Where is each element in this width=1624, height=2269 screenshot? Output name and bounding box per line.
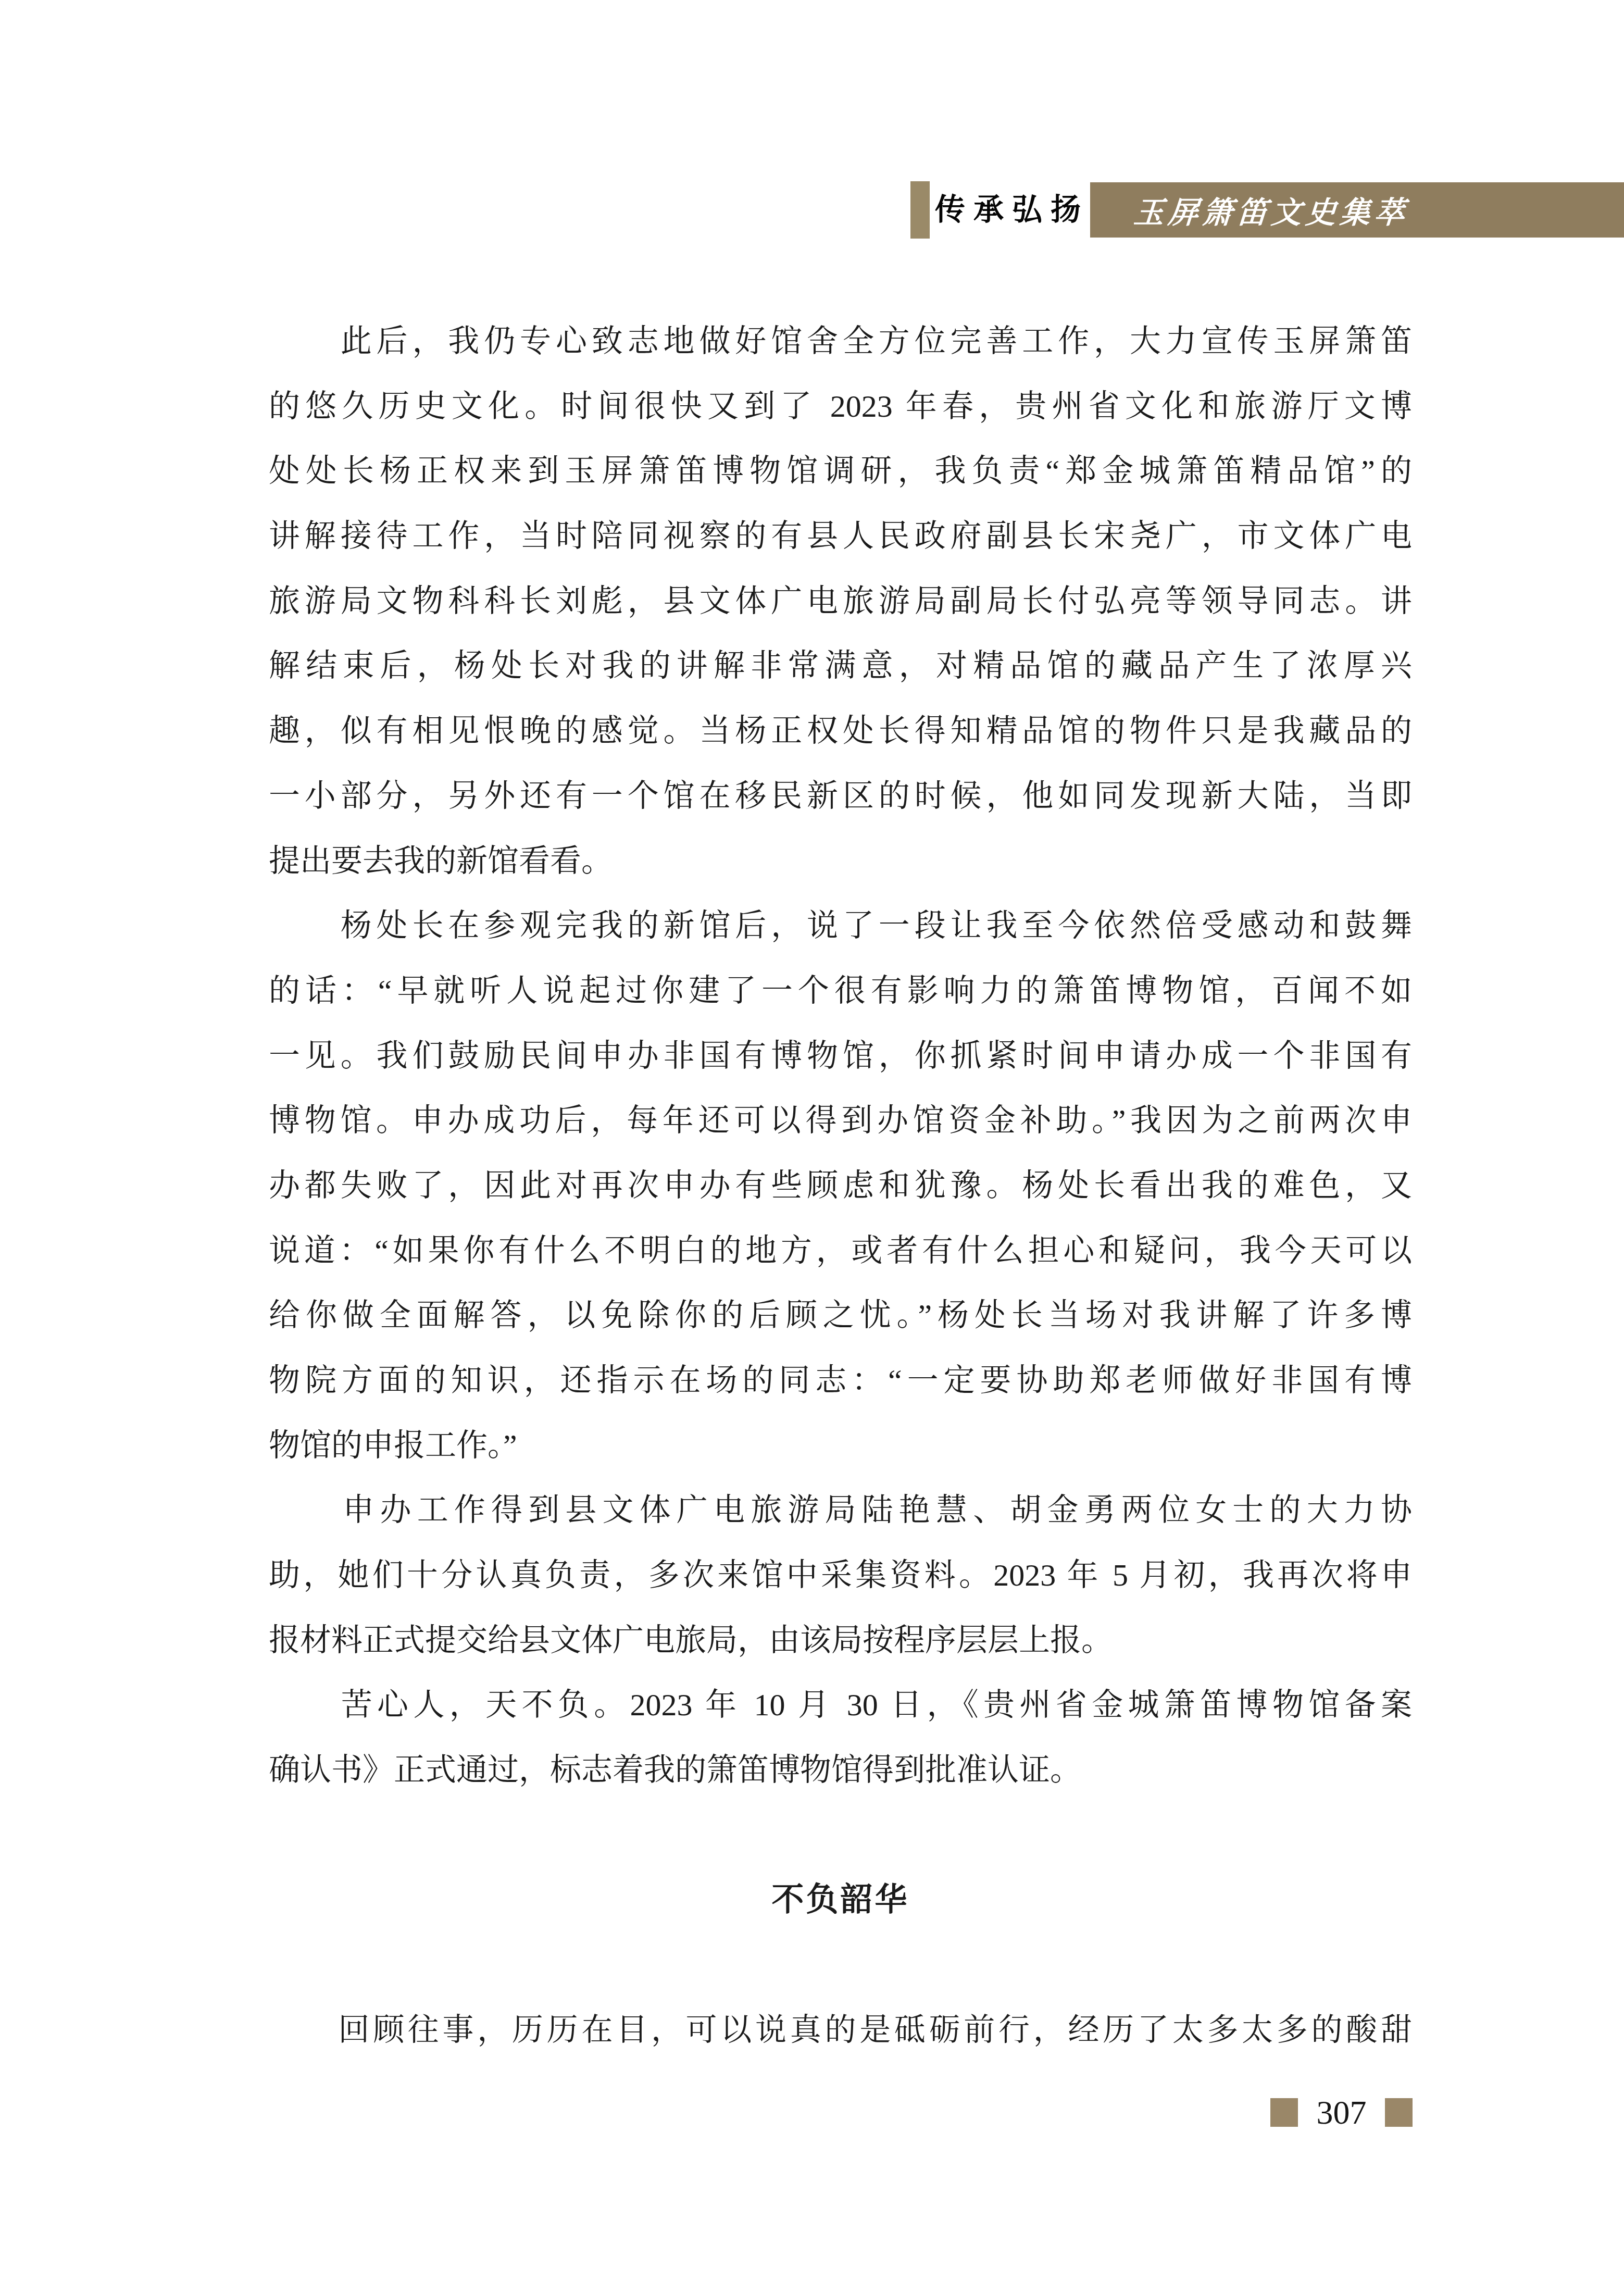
- text-line: 一见。我们鼓励民间申办非国有博物馆，你抓紧时间申请办成一个非国有: [269, 1024, 1412, 1089]
- text-line: 报材料正式提交给县文体广电旅局，由该局按程序层层上报。: [269, 1608, 1412, 1673]
- text-line: 给你做全面解答，以免除你的后顾之忧。”杨处长当场对我讲解了许多博: [269, 1283, 1412, 1348]
- paragraph: 此后，我仍专心致志地做好馆舍全方位完善工作，大力宣传玉屏箫笛的悠久历史文化。时间…: [269, 309, 1412, 893]
- header-banner-title: 玉屏箫笛文史集萃: [1089, 188, 1410, 232]
- paragraph: 申办工作得到县文体广电旅游局陆艳慧、胡金勇两位女士的大力协助，她们十分认真负责，…: [269, 1478, 1412, 1673]
- section-heading: 不负韶华: [269, 1868, 1412, 1933]
- text-line: 杨处长在参观完我的新馆后，说了一段让我至今依然倍受感动和鼓舞: [269, 893, 1412, 958]
- text-line: 处处长杨正权来到玉屏箫笛博物馆调研，我负责“郑金城箫笛精品馆”的: [269, 439, 1412, 504]
- text-line: 确认书》正式通过，标志着我的箫笛博物馆得到批准认证。: [269, 1738, 1412, 1803]
- header-section-label: 传承弘扬: [935, 181, 1089, 239]
- text-line: 物院方面的知识，还指示在场的同志：“一定要协助郑老师做好非国有博: [269, 1348, 1412, 1413]
- book-page: { "colors": { "bar": "#9a8a68", "banner"…: [0, 0, 1624, 2269]
- text-line: 苦心人，天不负。2023 年 10 月 30 日，《贵州省金城箫笛博物馆备案: [269, 1673, 1412, 1738]
- text-line: 解结束后，杨处长对我的讲解非常满意，对精品馆的藏品产生了浓厚兴: [269, 633, 1412, 699]
- text-line: 一小部分，另外还有一个馆在移民新区的时候，他如同发现新大陆，当即: [269, 764, 1412, 829]
- text-line: 物馆的申报工作。”: [269, 1413, 1412, 1478]
- text-line: 助，她们十分认真负责，多次来馆中采集资料。2023 年 5 月初，我再次将申: [269, 1543, 1412, 1608]
- text-line: 办都失败了，因此对再次申办有些顾虑和犹豫。杨处长看出我的难色，又: [269, 1153, 1412, 1218]
- text-line: 提出要去我的新馆看看。: [269, 829, 1412, 894]
- paragraph: 苦心人，天不负。2023 年 10 月 30 日，《贵州省金城箫笛博物馆备案确认…: [269, 1673, 1412, 1802]
- page-body-text: 此后，我仍专心致志地做好馆舍全方位完善工作，大力宣传玉屏箫笛的悠久历史文化。时间…: [269, 309, 1412, 2063]
- text-line: 旅游局文物科科长刘彪，县文体广电旅游局副局长付弘亮等领导同志。讲: [269, 569, 1412, 634]
- text-line: 此后，我仍专心致志地做好馆舍全方位完善工作，大力宣传玉屏箫笛: [269, 309, 1412, 374]
- text-line: 申办工作得到县文体广电旅游局陆艳慧、胡金勇两位女士的大力协: [269, 1478, 1412, 1543]
- header-accent-bar: [910, 181, 930, 239]
- text-line: 的话：“早就听人说起过你建了一个很有影响力的箫笛博物馆，百闻不如: [269, 958, 1412, 1024]
- footer-right-square: [1385, 2098, 1413, 2127]
- page-number: 307: [1317, 2098, 1367, 2127]
- text-line: 说道：“如果你有什么不明白的地方，或者有什么担心和疑问，我今天可以: [269, 1218, 1412, 1283]
- text-line: 回顾往事，历历在目，可以说真的是砥砺前行，经历了太多太多的酸甜: [269, 1998, 1412, 2063]
- text-line: 博物馆。申办成功后，每年还可以得到办馆资金补助。”我因为之前两次申: [269, 1088, 1412, 1153]
- paragraph: 杨处长在参观完我的新馆后，说了一段让我至今依然倍受感动和鼓舞的话：“早就听人说起…: [269, 893, 1412, 1478]
- text-line: 的悠久历史文化。时间很快又到了 2023 年春，贵州省文化和旅游厅文博: [269, 374, 1412, 439]
- page-footer: 307: [1270, 2098, 1413, 2127]
- paragraph: 回顾往事，历历在目，可以说真的是砥砺前行，经历了太多太多的酸甜: [269, 1998, 1412, 2063]
- text-line: 趣，似有相见恨晚的感觉。当杨正权处长得知精品馆的物件只是我藏品的: [269, 699, 1412, 764]
- header-banner: 玉屏箫笛文史集萃: [1090, 182, 1624, 238]
- footer-left-square: [1270, 2098, 1298, 2127]
- text-line: 讲解接待工作，当时陪同视察的有县人民政府副县长宋尧广，市文体广电: [269, 504, 1412, 569]
